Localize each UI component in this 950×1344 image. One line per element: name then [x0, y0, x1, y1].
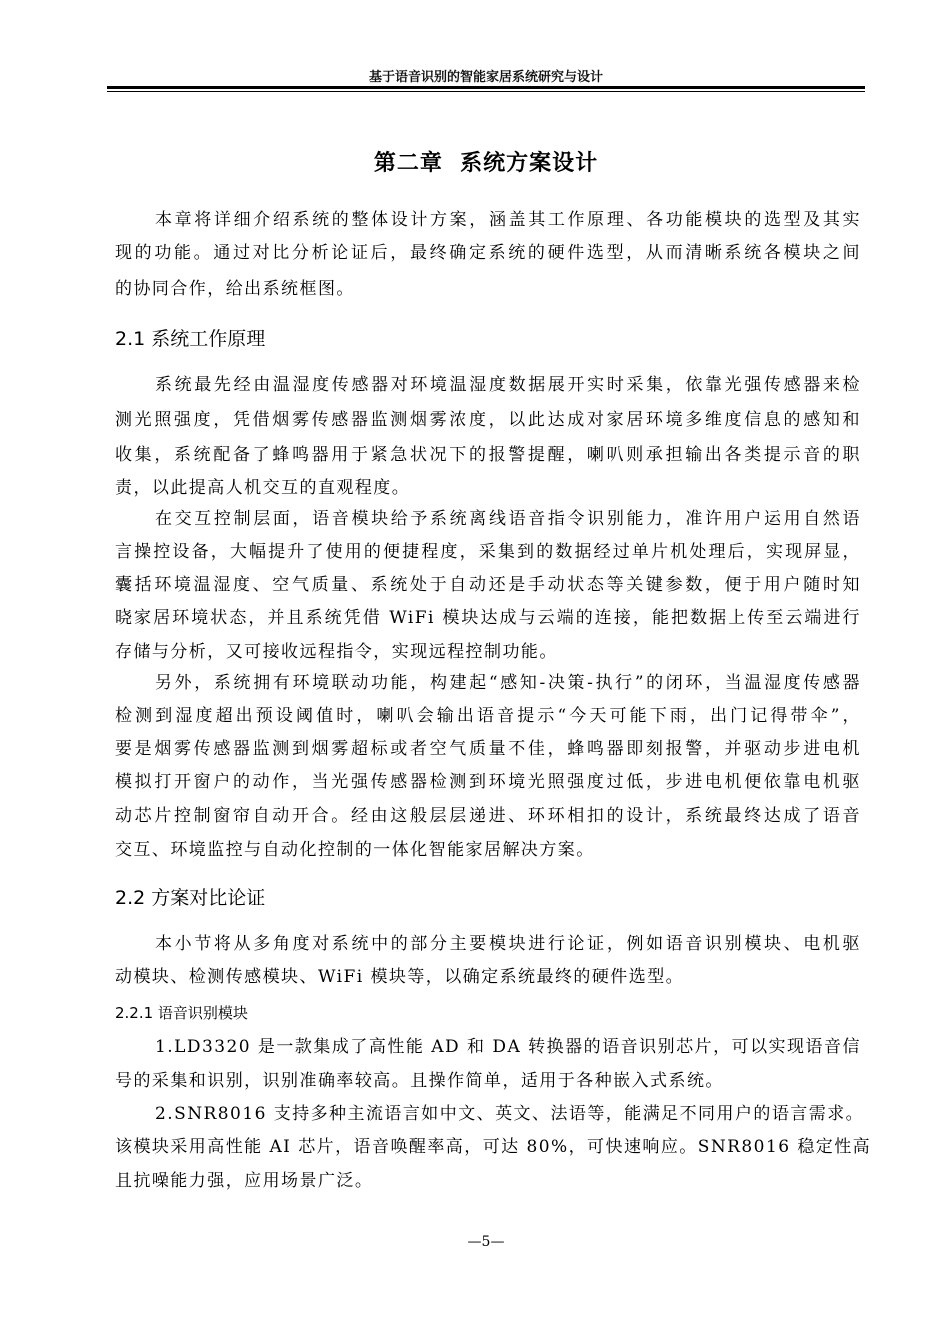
text-line: 收集，系统配备了蜂鸣器用于紧急状况下的报警提醒，喇叭则承担输出各类提示音的职 — [115, 439, 861, 472]
text-line: 动模块、检测传感模块、WiFi 模块等，以确定系统最终的硬件选型。 — [115, 961, 861, 994]
header-rule-thick — [107, 86, 865, 89]
subsection-2-2-1-paragraph-2: 2.SNR8016 支持多种主流语言如中文、英文、法语等，能满足不同用户的语言需… — [115, 1098, 861, 1198]
text-line: 且抗噪能力强，应用场景广泛。 — [115, 1165, 861, 1198]
section-2-1-paragraph-2: 在交互控制层面，语音模块给予系统离线语音指令识别能力，准许用户运用自然语 言操控… — [115, 503, 861, 669]
page-number: —5— — [107, 1234, 865, 1250]
text-line: 另外，系统拥有环境联动功能，构建起“感知-决策-执行”的闭环，当温湿度传感器 — [115, 667, 861, 700]
subsection-2-2-1-paragraph-1: 1.LD3320 是一款集成了高性能 AD 和 DA 转换器的语音识别芯片，可以… — [115, 1031, 861, 1098]
text-line: 在交互控制层面，语音模块给予系统离线语音指令识别能力，准许用户运用自然语 — [115, 503, 861, 536]
text-line: 本章将详细介绍系统的整体设计方案，涵盖其工作原理、各功能模块的选型及其实 — [115, 204, 861, 237]
text-line: 囊括环境温湿度、空气质量、系统处于自动还是手动状态等关键参数，便于用户随时知 — [115, 569, 861, 602]
text-line: 交互、环境监控与自动化控制的一体化智能家居解决方案。 — [115, 834, 861, 867]
text-line: 的协同合作，给出系统框图。 — [115, 273, 861, 306]
section-2-1-paragraph-1: 系统最先经由温湿度传感器对环境温湿度数据展开实时采集，依靠光强传感器来检 测光照… — [115, 369, 861, 505]
text-line: 2.SNR8016 支持多种主流语言如中文、英文、法语等，能满足不同用户的语言需… — [115, 1098, 861, 1131]
text-line: 现的功能。通过对比分析论证后，最终确定系统的硬件选型，从而清晰系统各模块之间 — [115, 237, 861, 270]
text-line: 本小节将从多角度对系统中的部分主要模块进行论证，例如语音识别模块、电机驱 — [115, 928, 861, 961]
text-line: 号的采集和识别，识别准确率较高。且操作简单，适用于各种嵌入式系统。 — [115, 1065, 861, 1098]
text-line: 系统最先经由温湿度传感器对环境温湿度数据展开实时采集，依靠光强传感器来检 — [115, 369, 861, 402]
text-line: 1.LD3320 是一款集成了高性能 AD 和 DA 转换器的语音识别芯片，可以… — [115, 1031, 861, 1064]
header-rule-thin — [107, 91, 865, 92]
running-header: 基于语音识别的智能家居系统研究与设计 — [107, 66, 865, 85]
intro-paragraph: 本章将详细介绍系统的整体设计方案，涵盖其工作原理、各功能模块的选型及其实 现的功… — [115, 204, 861, 306]
text-line: 检测到湿度超出预设阈值时，喇叭会输出语音提示“今天可能下雨，出门记得带伞”， — [115, 700, 861, 733]
text-line: 动芯片控制窗帘自动开合。经由这般层层递进、环环相扣的设计，系统最终达成了语音 — [115, 800, 861, 833]
text-line: 模拟打开窗户的动作，当光强传感器检测到环境光照强度过低，步进电机便依靠电机驱 — [115, 766, 861, 799]
text-line: 存储与分析，又可接收远程指令，实现远程控制功能。 — [115, 636, 861, 669]
text-line: 言操控设备，大幅提升了使用的便捷程度，采集到的数据经过单片机处理后，实现屏显， — [115, 536, 861, 569]
section-heading-2-1: 2.1 系统工作原理 — [115, 324, 265, 351]
text-line: 责，以此提高人机交互的直观程度。 — [115, 472, 861, 505]
text-line: 该模块采用高性能 AI 芯片，语音唤醒率高，可达 80%，可快速响应。SNR80… — [115, 1131, 861, 1164]
chapter-title: 第二章 系统方案设计 — [107, 146, 865, 177]
subsection-heading-2-2-1: 2.2.1 语音识别模块 — [115, 1002, 248, 1023]
section-2-2-paragraph: 本小节将从多角度对系统中的部分主要模块进行论证，例如语音识别模块、电机驱 动模块… — [115, 928, 861, 994]
section-2-1-paragraph-3: 另外，系统拥有环境联动功能，构建起“感知-决策-执行”的闭环，当温湿度传感器 检… — [115, 667, 861, 867]
text-line: 要是烟雾传感器监测到烟雾超标或者空气质量不佳，蜂鸣器即刻报警，并驱动步进电机 — [115, 733, 861, 766]
document-page: 基于语音识别的智能家居系统研究与设计 第二章 系统方案设计 本章将详细介绍系统的… — [0, 0, 950, 1344]
text-line: 晓家居环境状态，并且系统凭借 WiFi 模块达成与云端的连接，能把数据上传至云端… — [115, 602, 861, 635]
text-line: 测光照强度，凭借烟雾传感器监测烟雾浓度，以此达成对家居环境多维度信息的感知和 — [115, 404, 861, 437]
section-heading-2-2: 2.2 方案对比论证 — [115, 883, 265, 910]
